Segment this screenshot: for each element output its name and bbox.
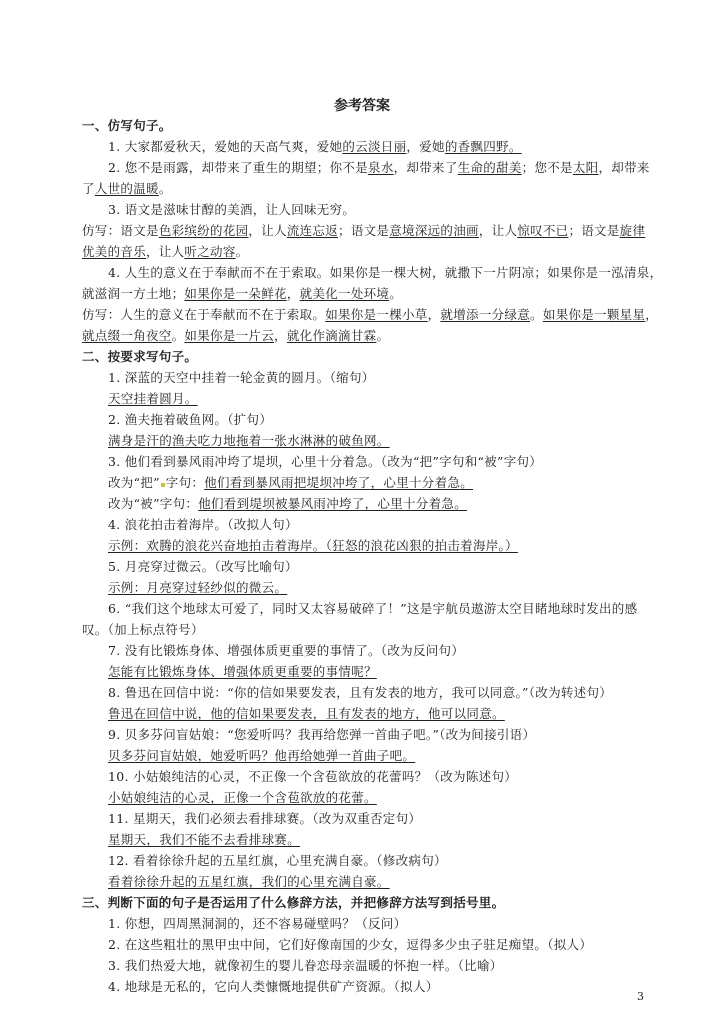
- document-page: 参考答案 一、仿写句子。 1. 大家都爱秋天，爱她的天高气爽，爱她的云淡日丽，爱…: [0, 0, 724, 1024]
- s1-q4-answer: 仿写：人生的意义在于奉献而不在于索取。如果你是一棵小草，就增添一分绿意。如果你是…: [82, 307, 642, 323]
- s2-q8: 8. 鲁迅在回信中说：“你的信如果要发表，且有发表的地方，我可以同意。”（改为转…: [108, 685, 668, 701]
- s2-q6: 6. “我们这个地球太可爱了，同时又太容易破碎了！”这是宇航员遨游太空目睹地球时…: [108, 601, 668, 617]
- s3-item-1: 1. 你想，四周黑洞洞的，还不容易碰壁吗？（反问）: [108, 916, 668, 932]
- s2-q10: 10. 小姑娘纯洁的心灵，不正像一个含苞欲放的花蕾吗？（改为陈述句）: [108, 769, 668, 785]
- s2-a10: 小姑娘纯洁的心灵，正像一个含苞欲放的花蕾。: [108, 790, 668, 806]
- s1-q3-answer: 仿写：语文是色彩缤纷的花园，让人流连忘返；语文是意境深远的油画，让人惊叹不已；语…: [82, 223, 642, 239]
- s2-a7: 怎能有比锻炼身体、增强体质更重要的事情呢？: [108, 664, 668, 680]
- s2-a1: 天空挂着圆月。: [108, 391, 668, 407]
- s1-q4: 4. 人生的意义在于奉献而不在于索取。如果你是一棵大树，就撒下一片阴凉；如果你是…: [108, 265, 668, 281]
- s2-a5: 示例：月亮穿过轻纱似的微云。: [108, 580, 668, 596]
- s3-item-3: 3. 我们热爱大地，就像初生的婴儿眷恋母亲温暖的怀抱一样。（比喻）: [108, 958, 668, 974]
- s2-a3-ba: 改为“把”字句：他们看到暴风雨把堤坝冲垮了，心里十分着急。: [108, 475, 668, 491]
- s2-a3-bei: 改为“被”字句：他们看到堤坝被暴风雨冲垮了，心里十分着急。: [108, 496, 668, 512]
- s2-a8: 鲁迅在回信中说，他的信如果要发表，且有发表的地方，他可以同意。: [108, 706, 668, 722]
- s1-q2: 2. 您不是雨露，却带来了重生的期望；你不是泉水，却带来了生命的甜美；您不是太阳…: [108, 160, 668, 176]
- section-1-heading: 一、仿写句子。: [82, 118, 642, 134]
- s3-item-2: 2. 在这些粗壮的黑甲虫中间，它们好像南国的少女，逗得多少虫子驻足痴望。（拟人）: [108, 937, 668, 953]
- page-title: 参考答案: [0, 95, 724, 115]
- s2-q12: 12. 看着徐徐升起的五星红旗，心里充满自豪。（修改病句）: [108, 853, 668, 869]
- s2-q9: 9. 贝多芬问盲姑娘：“您爱听吗？我再给您弹一首曲子吧。”（改为间接引语）: [108, 727, 668, 743]
- s2-q7: 7. 没有比锻炼身体、增强体质更重要的事情了。（改为反问句）: [108, 643, 668, 659]
- s2-q3: 3. 他们看到暴风雨冲垮了堤坝，心里十分着急。（改为“把”字句和“被”字句）: [108, 454, 668, 470]
- s2-q4: 4. 浪花拍击着海岸。（改拟人句）: [108, 517, 668, 533]
- s2-a12: 看着徐徐升起的五星红旗，我们的心里充满自豪。: [108, 874, 668, 890]
- s2-q1: 1. 深蓝的天空中挂着一轮金黄的圆月。（缩句）: [108, 370, 668, 386]
- section-2-heading: 二、按要求写句子。: [82, 349, 642, 365]
- cursor-mark: [161, 483, 165, 487]
- s2-q6-cont: 叹。（加上标点符号）: [82, 622, 642, 638]
- s1-q3: 3. 语文是滋味甘醇的美酒，让人回味无穷。: [108, 202, 668, 218]
- s3-item-4: 4. 地球是无私的，它向人类慷慨地提供矿产资源。（拟人）: [108, 979, 668, 995]
- s2-a11: 星期天，我们不能不去看排球赛。: [108, 832, 668, 848]
- s2-a2: 满身是汗的渔夫吃力地拖着一张水淋淋的破鱼网。: [108, 433, 668, 449]
- s2-q5: 5. 月亮穿过微云。（改写比喻句）: [108, 559, 668, 575]
- s1-q2-cont: 了人世的温暖。: [82, 181, 642, 197]
- s2-q2: 2. 渔夫拖着破鱼网。（扩句）: [108, 412, 668, 428]
- s1-q1: 1. 大家都爱秋天，爱她的天高气爽，爱她的云淡日丽，爱她的香飘四野。: [108, 139, 668, 155]
- page-number: 3: [637, 990, 644, 1003]
- s1-q4-cont: 就滋润一方土地；如果你是一朵鲜花，就美化一处环境。: [82, 286, 642, 302]
- s1-q3-answer-cont: 优美的音乐，让人听之动容。: [82, 244, 642, 260]
- s2-q11: 11. 星期天，我们必须去看排球赛。（改为双重否定句）: [108, 811, 668, 827]
- s1-q4-answer-cont: 就点缀一角夜空。如果你是一片云，就化作滴滴甘霖。: [82, 328, 642, 344]
- s2-a9: 贝多芬问盲姑娘，她爱听吗？他再给她弹一首曲子吧。: [108, 748, 668, 764]
- s2-a4: 示例：欢腾的浪花兴奋地拍击着海岸。（狂怒的浪花凶狠的拍击着海岸。）: [108, 538, 668, 554]
- section-3-heading: 三、判断下面的句子是否运用了什么修辞方法，并把修辞方法写到括号里。: [82, 895, 642, 911]
